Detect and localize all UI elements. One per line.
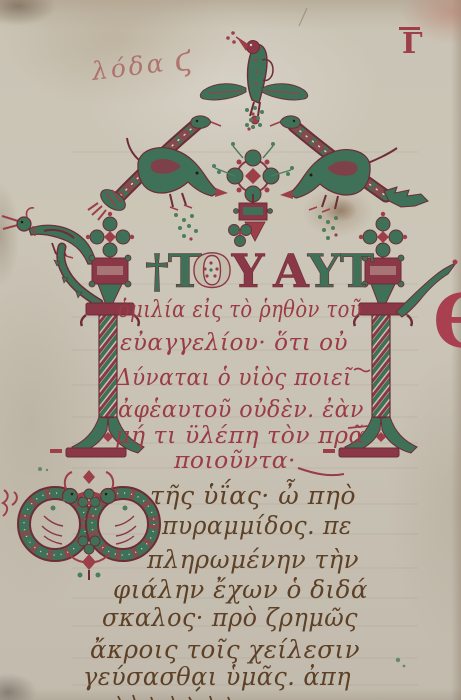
manuscript-page: λόδα ϛ Γ	[0, 0, 461, 700]
rubric-tilde-mark	[354, 369, 370, 372]
apex-bird-head	[247, 41, 260, 54]
rubric-line-5: μή τι ϋλέπη τὸν πρᾶ	[115, 423, 365, 449]
body-line-5: σκαλος· πρὸ ζρημῶς	[102, 603, 358, 632]
marginal-note: λόδα	[89, 48, 168, 86]
gable-left-dragon-head-icon	[191, 116, 221, 128]
rubric-line-6: ποιοῦντα·	[173, 448, 296, 474]
title-cap-letter: Υ	[231, 244, 266, 298]
title-cap-letter: †	[145, 244, 169, 298]
gable-right-leaf	[384, 187, 428, 207]
quire-mark: Γ	[399, 26, 423, 60]
edge-initial: Є	[433, 279, 461, 365]
body-line-3: πληρωμένην τὴν	[146, 545, 359, 574]
pendant-box	[234, 203, 273, 220]
body-line-7: γεύσασθαι ὑμᾶς. ἀπη	[83, 662, 351, 691]
rubric-flourish	[298, 468, 344, 475]
margin-squiggle	[3, 490, 17, 516]
rubric-line-4: ἀφἑαυτοῦ οὐδὲν. ἐὰν	[118, 397, 364, 423]
omega-initial	[24, 470, 154, 580]
apex-bird-icon	[226, 31, 273, 124]
manuscript-art: λόδα ϛ Γ	[0, 0, 461, 700]
omega-left-bird-icon	[24, 472, 89, 562]
title-cap-letter: Α	[272, 244, 310, 298]
left-terminal-bird-icon	[2, 208, 99, 303]
body-line-4: φιάλην ἔχων ὁ διδά	[113, 575, 368, 604]
body-line-2: πυραμμίδος. πε	[161, 511, 352, 540]
apex-bird-sprig	[226, 31, 245, 44]
pen-scratch	[299, 8, 307, 26]
marginal-sign: ϛ	[170, 38, 198, 80]
body-line-6: ἄκροις τοῖς χείλεσιν	[90, 635, 360, 664]
rubric-line-1: ὁμιλία εἰς τὸ ῥηθὸν τοῦ	[118, 297, 362, 323]
title-cap-letter: Τ	[340, 244, 374, 298]
left-seed-cluster	[174, 213, 198, 241]
gable-right-dragon-head-icon	[270, 116, 300, 128]
body-line-1: τῆς ὑΐας· ὦ πηὸ	[150, 479, 356, 510]
right-seed-cluster	[318, 215, 338, 240]
quire-mark-letter: Γ	[402, 26, 423, 60]
rubric-line-2: εὐαγγελίου· ὅτι οὐ	[120, 330, 348, 356]
title-cap-letter: Υ	[307, 244, 342, 298]
title-caps: †ΤΟΥΑΥΤ	[145, 244, 374, 298]
omega-right-bird-icon	[89, 472, 154, 562]
rubric-line-3: Δύναται ὁ υἱὸς ποιεῖ	[115, 365, 353, 391]
right-perched-bird-icon	[280, 148, 397, 212]
